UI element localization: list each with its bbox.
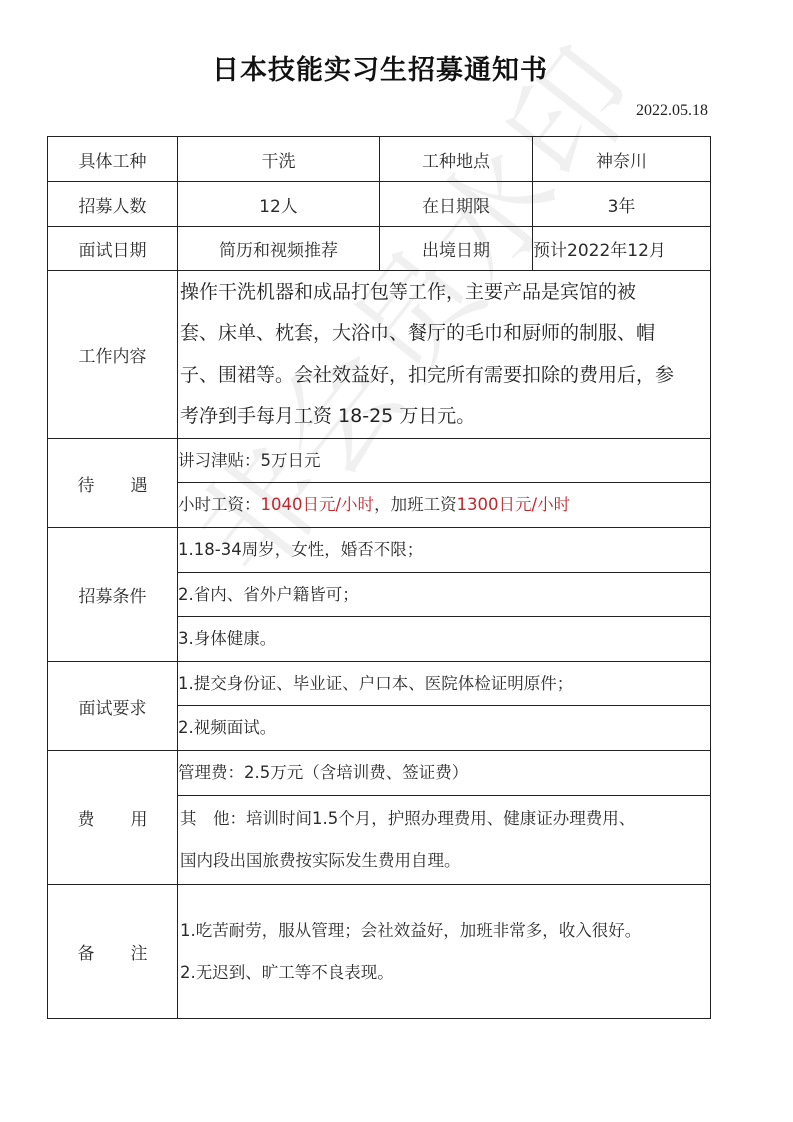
- row-benefits-allowance: 待遇 讲习津贴：5万日元: [48, 439, 711, 483]
- work-content-line: 子、围裙等。会社效益好，扣完所有需要扣除的费用后，参: [180, 355, 710, 397]
- requirement-item: 2.省内、省外户籍皆可；: [178, 573, 711, 617]
- departure-label: 出境日期: [380, 227, 533, 271]
- remark-item: 1.吃苦耐劳，服从管理；会社效益好，加班非常多，收入很好。: [180, 910, 710, 952]
- benefits-label-b: 遇: [131, 476, 148, 496]
- fees-label-a: 费: [78, 810, 95, 830]
- work-content-label: 工作内容: [48, 271, 178, 439]
- row-fees-management: 费用 管理费：2.5万元（含培训费、签证费）: [48, 751, 711, 796]
- row-work-content: 工作内容 操作干洗机器和成品打包等工作，主要产品是宾馆的被 套、床单、枕套，大浴…: [48, 271, 711, 439]
- hourly-wage-value: 1040日元/小时: [261, 495, 375, 514]
- remarks-label-b: 注: [131, 944, 148, 964]
- other-fees-line: 其 他：培训时间1.5个月，护照办理费用、健康证办理费用、: [180, 798, 710, 840]
- wage-cell: 小时工资：1040日元/小时，加班工资1300日元/小时: [178, 483, 711, 528]
- interview-requirement-item: 1.提交身份证、毕业证、户口本、医院体检证明原件；: [178, 662, 711, 706]
- work-content-line: 操作干洗机器和成品打包等工作，主要产品是宾馆的被: [180, 272, 710, 314]
- overtime-wage-value: 1300日元/小时: [457, 495, 571, 514]
- document-date: 2022.05.18: [636, 102, 708, 120]
- other-fees-line: 国内段出国旅费按实际发生费用自理。: [180, 840, 710, 882]
- work-content-line: 套、床单、枕套，大浴巾、餐厅的毛巾和厨师的制服、帽: [180, 313, 710, 355]
- requirements-label: 招募条件: [48, 528, 178, 662]
- interview-requirements-label: 面试要求: [48, 662, 178, 751]
- location-value: 神奈川: [533, 137, 711, 182]
- row-remarks: 备注 1.吃苦耐劳，服从管理；会社效益好，加班非常多，收入很好。 2.无迟到、旷…: [48, 885, 711, 1019]
- requirement-item: 1.18-34周岁，女性，婚否不限；: [178, 528, 711, 573]
- hourly-wage-prefix: 小时工资：: [178, 495, 261, 514]
- job-type-label: 具体工种: [48, 137, 178, 182]
- allowance-text: 讲习津贴：5万日元: [178, 439, 711, 483]
- term-label: 在日期限: [380, 182, 533, 227]
- work-content-line: 考净到手每月工资 18-25 万日元。: [180, 396, 710, 438]
- interview-date-label: 面试日期: [48, 227, 178, 271]
- row-interview-date: 面试日期 简历和视频推荐 出境日期 预计2022年12月: [48, 227, 711, 271]
- benefits-label: 待遇: [48, 439, 178, 528]
- headcount-value: 12人: [178, 182, 380, 227]
- work-content-cell: 操作干洗机器和成品打包等工作，主要产品是宾馆的被 套、床单、枕套，大浴巾、餐厅的…: [178, 271, 711, 439]
- fees-label: 费用: [48, 751, 178, 885]
- row-requirement-1: 招募条件 1.18-34周岁，女性，婚否不限；: [48, 528, 711, 573]
- term-value: 3年: [533, 182, 711, 227]
- remarks-label-a: 备: [78, 944, 95, 964]
- document-title: 日本技能实习生招募通知书: [0, 48, 760, 87]
- other-fees-cell: 其 他：培训时间1.5个月，护照办理费用、健康证办理费用、 国内段出国旅费按实际…: [178, 796, 711, 885]
- row-headcount: 招募人数 12人 在日期限 3年: [48, 182, 711, 227]
- job-type-value: 干洗: [178, 137, 380, 182]
- row-interview-req-1: 面试要求 1.提交身份证、毕业证、户口本、医院体检证明原件；: [48, 662, 711, 706]
- recruitment-table: 具体工种 干洗 工种地点 神奈川 招募人数 12人 在日期限 3年 面试日期 简…: [47, 136, 711, 1019]
- remarks-cell: 1.吃苦耐劳，服从管理；会社效益好，加班非常多，收入很好。 2.无迟到、旷工等不…: [178, 885, 711, 1019]
- row-job-type: 具体工种 干洗 工种地点 神奈川: [48, 137, 711, 182]
- interview-requirement-item: 2.视频面试。: [178, 706, 711, 751]
- fees-label-b: 用: [131, 810, 148, 830]
- remark-item: 2.无迟到、旷工等不良表现。: [180, 952, 710, 994]
- location-label: 工种地点: [380, 137, 533, 182]
- benefits-label-a: 待: [78, 476, 95, 496]
- headcount-label: 招募人数: [48, 182, 178, 227]
- requirement-item: 3.身体健康。: [178, 617, 711, 662]
- departure-value: 预计2022年12月: [533, 227, 711, 271]
- remarks-label: 备注: [48, 885, 178, 1019]
- overtime-wage-prefix: ，加班工资: [374, 495, 457, 514]
- management-fee: 管理费：2.5万元（含培训费、签证费）: [178, 751, 711, 796]
- interview-date-value: 简历和视频推荐: [178, 227, 380, 271]
